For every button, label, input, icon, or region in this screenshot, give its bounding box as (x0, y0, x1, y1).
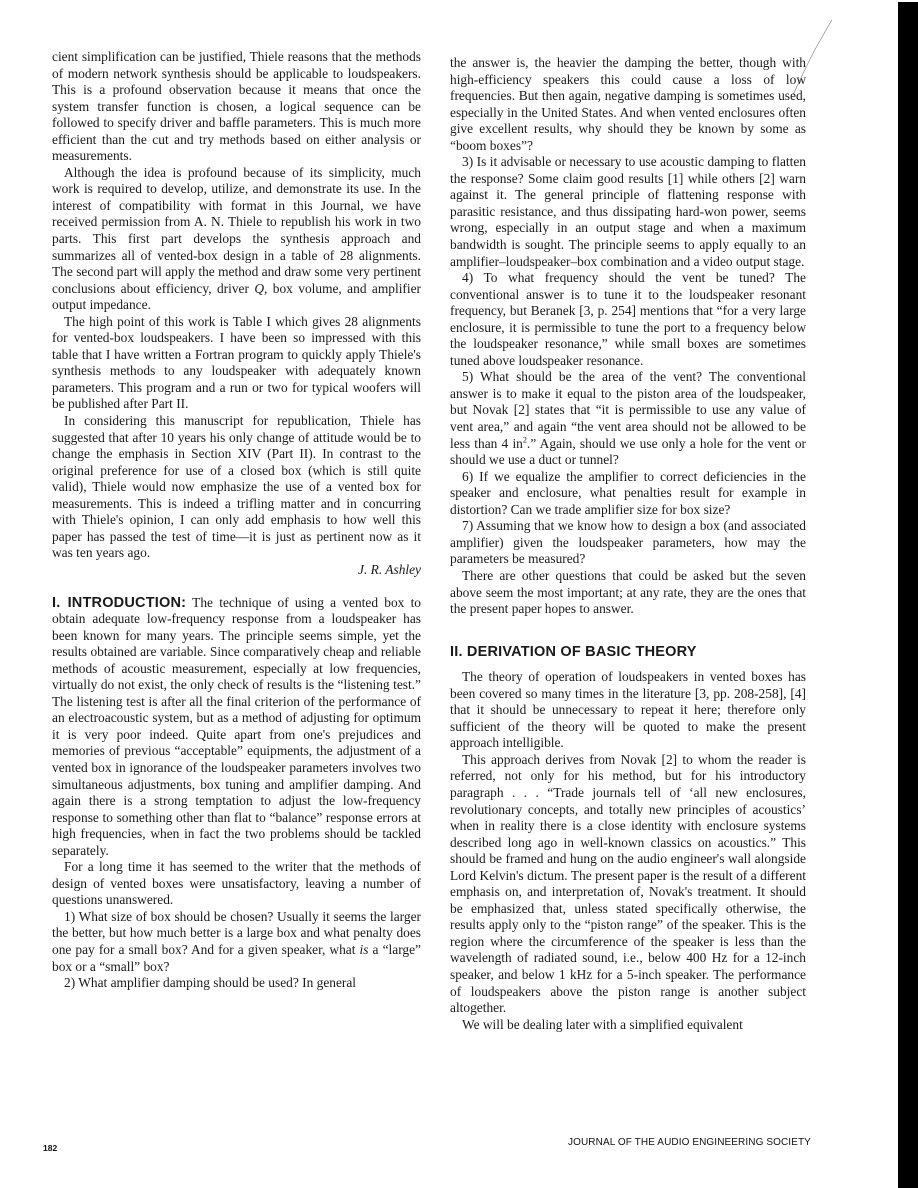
question-5: 5) What should be the area of the vent? … (450, 369, 806, 468)
question-4: 4) To what frequency should the vent be … (450, 270, 806, 369)
scan-edge-bar (898, 2, 918, 1188)
right-column: the answer is, the heavier the damping t… (450, 55, 806, 1033)
question-2-continued: the answer is, the heavier the damping t… (450, 55, 806, 154)
introduction-paragraph-1: I. INTRODUCTION: The technique of using … (52, 595, 421, 860)
theory-paragraph-3: We will be dealing later with a simplifi… (450, 1017, 806, 1034)
editor-note-paragraph-2: Although the idea is profound because of… (52, 165, 421, 314)
theory-paragraph-1: The theory of operation of loudspeakers … (450, 669, 806, 752)
running-footer: JOURNAL OF THE AUDIO ENGINEERING SOCIETY (568, 1137, 811, 1148)
questions-closing-paragraph: There are other questions that could be … (450, 568, 806, 618)
question-6: 6) If we equalize the amplifier to corre… (450, 469, 806, 519)
theory-paragraph-2: This approach derives from Novak [2] to … (450, 752, 806, 1017)
left-column: cient simplification can be justified, T… (52, 49, 421, 992)
section-heading-derivation: II. DERIVATION OF BASIC THEORY (450, 644, 806, 661)
editor-note-paragraph-4: In considering this manuscript for repub… (52, 413, 421, 562)
question-3: 3) Is it advisable or necessary to use a… (450, 154, 806, 270)
editor-note-paragraph-1: cient simplification can be justified, T… (52, 49, 421, 165)
editor-note-paragraph-3: The high point of this work is Table I w… (52, 314, 421, 413)
journal-page: cient simplification can be justified, T… (0, 0, 918, 1188)
question-1: 1) What size of box should be chosen? Us… (52, 909, 421, 975)
page-number: 182 (43, 1143, 57, 1153)
question-7: 7) Assuming that we know how to design a… (450, 518, 806, 568)
editor-signature: J. R. Ashley (52, 562, 421, 579)
section-heading-introduction: I. INTRODUCTION: (52, 595, 186, 611)
question-2-start: 2) What amplifier damping should be used… (52, 975, 421, 992)
introduction-paragraph-2: For a long time it has seemed to the wri… (52, 859, 421, 909)
